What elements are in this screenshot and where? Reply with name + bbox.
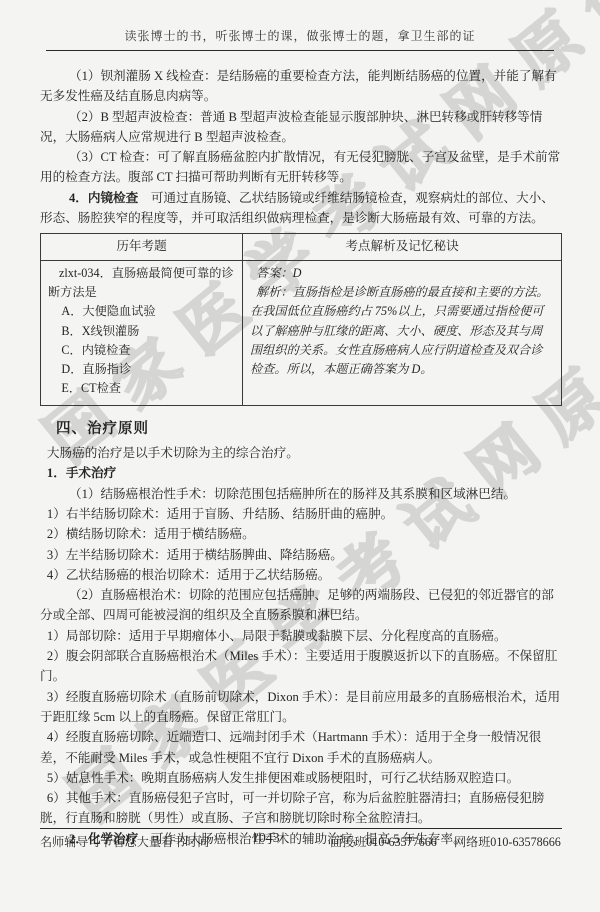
paragraph-barium-enema: （1）钡剂灌肠 X 线检查：是结肠癌的重要检查方法，能判断结肠癌的位置，并能了解… — [40, 66, 562, 107]
other-surgery: 6）其他手术：直肠癌侵犯子宫时，可一并切除子宫，称为后盆腔脏器清扫；直肠癌侵犯膀… — [40, 788, 562, 829]
miles-operation: 2）腹会阴部联合直肠癌根治术（Miles 手术）：主要适用于腹膜返折以下的直肠癌… — [40, 646, 562, 687]
col-header-past-questions: 历年考题 — [41, 234, 243, 260]
option-c: C．内镜检查 — [48, 341, 235, 360]
palliative-surgery-text: 5）姑息性手术：晚期直肠癌病人发生排便困难或肠梗阻时，可行乙状结肠双腔造口。 — [47, 771, 519, 785]
right-hemicolectomy: 1）右半结肠切除术：适用于盲肠、升结肠、结肠肝曲的癌肿。 — [40, 504, 562, 524]
footer-slogan: 名师辅导可节省您大量看书时间 — [40, 833, 209, 850]
exam-table: 历年考题 考点解析及记忆秘诀 zlxt-034．直肠癌最简便可靠的诊断方法是 A… — [40, 233, 562, 405]
footer-row: 名师辅导可节省您大量看书时间 1043 面授班010-63577666 网络班0… — [40, 829, 562, 851]
palliative-surgery: 5）姑息性手术：晚期直肠癌病人发生排便困难或肠梗阻时，可行乙状结肠双腔造口。 — [40, 768, 562, 788]
transverse-colectomy-text: 2）横结肠切除术：适用于横结肠癌。 — [47, 527, 255, 541]
endoscopy-heading: 4．内镜检查 — [69, 191, 151, 205]
hartmann-operation-text: 4）经腹直肠癌切除、近端造口、远端封闭手术（Hartmann 手术）：适用于全身… — [40, 730, 541, 764]
answer-cell: 答案：D 解析：直肠指检是诊断直肠癌的最直接和主要的方法。在我国低位直肠癌约占 … — [243, 260, 562, 405]
rectal-radical-surgery: （2）直肠癌根治术：切除的范围应包括癌肿、足够的两端肠段、已侵犯的邻近器官的部分… — [40, 585, 562, 626]
page-number: 1043 — [252, 830, 280, 846]
paragraph-endoscopy: 4．内镜检查 可通过直肠镜、乙状结肠镜或纤维结肠镜检查，观察病灶的部位、大小、形… — [40, 188, 562, 229]
content: （1）钡剂灌肠 X 线检查：是结肠癌的重要检查方法，能判断结肠癌的位置，并能了解… — [40, 66, 562, 849]
header-slogan: 读张博士的书，听张博士的课，做张博士的题，拿卫生部的证 — [46, 0, 554, 51]
local-excision-text: 1）局部切除：适用于早期瘤体小、局限于黏膜或黏膜下层、分化程度高的直肠癌。 — [47, 629, 507, 643]
table-header-row: 历年考题 考点解析及记忆秘诀 — [41, 234, 562, 260]
miles-operation-text: 2）腹会阴部联合直肠癌根治术（Miles 手术）：主要适用于腹膜返折以下的直肠癌… — [40, 649, 557, 683]
sigmoid-resection-text: 4）乙状结肠癌的根治切除术：适用于乙状结肠癌。 — [47, 568, 330, 582]
hartmann-operation: 4）经腹直肠癌切除、近端造口、远端封闭手术（Hartmann 手术）：适用于全身… — [40, 727, 562, 768]
other-surgery-text: 6）其他手术：直肠癌侵犯子宫时，可一并切除子宫，称为后盆腔脏器清扫；直肠癌侵犯膀… — [40, 791, 544, 825]
option-b: B．X线钡灌肠 — [48, 322, 235, 341]
page: 读张博士的书，听张博士的课，做张博士的题，拿卫生部的证 （1）钡剂灌肠 X 线检… — [0, 0, 600, 849]
rectal-radical-text: （2）直肠癌根治术：切除的范围应包括癌肿、足够的两端肠段、已侵犯的邻近器官的部分… — [40, 588, 554, 622]
footer: 名师辅导可节省您大量看书时间 1043 面授班010-63577666 网络班0… — [40, 828, 562, 851]
table-body-row: zlxt-034．直肠癌最简便可靠的诊断方法是 A．大便隐血试验 B．X线钡灌肠… — [41, 260, 562, 405]
surgery-heading-text: 1．手术治疗 — [47, 466, 116, 480]
answer-line: 答案：D — [250, 264, 554, 283]
surgery-heading: 1．手术治疗 — [40, 463, 562, 483]
phone-onsite-class: 面授班010-63577666 — [330, 833, 437, 850]
transverse-colectomy: 2）横结肠切除术：适用于横结肠癌。 — [40, 524, 562, 544]
left-hemicolectomy-text: 3）左半结肠切除术：适用于横结肠脾曲、降结肠癌。 — [47, 548, 343, 562]
analysis-text: 解析：直肠指检是诊断直肠癌的最直接和主要的方法。在我国低位直肠癌约占 75%以上… — [250, 283, 554, 379]
local-excision: 1）局部切除：适用于早期瘤体小、局限于黏膜或黏膜下层、分化程度高的直肠癌。 — [40, 626, 562, 646]
sigmoid-resection: 4）乙状结肠癌的根治切除术：适用于乙状结肠癌。 — [40, 565, 562, 585]
paragraph-ct: （3）CT 检查：可了解直肠癌盆腔内扩散情况，有无侵犯膀胱、子宫及盆壁，是手术前… — [40, 147, 562, 188]
option-d: D．直肠指诊 — [48, 360, 235, 379]
left-hemicolectomy: 3）左半结肠切除术：适用于横结肠脾曲、降结肠癌。 — [40, 545, 562, 565]
section-title-treatment: 四、治疗原则 — [56, 419, 562, 439]
treatment-intro-text: 大肠癌的治疗是以手术切除为主的综合治疗。 — [47, 446, 299, 460]
col-header-analysis: 考点解析及记忆秘诀 — [243, 234, 562, 260]
colon-radical-text: （1）结肠癌根治性手术：切除范围包括癌肿所在的肠袢及其系膜和区域淋巴结。 — [69, 487, 516, 501]
question-cell: zlxt-034．直肠癌最简便可靠的诊断方法是 A．大便隐血试验 B．X线钡灌肠… — [41, 260, 243, 405]
question-id-line: zlxt-034．直肠癌最简便可靠的诊断方法是 — [48, 264, 235, 303]
colon-radical-surgery: （1）结肠癌根治性手术：切除范围包括癌肿所在的肠袢及其系膜和区域淋巴结。 — [40, 484, 562, 504]
option-a: A．大便隐血试验 — [48, 302, 235, 321]
right-hemicolectomy-text: 1）右半结肠切除术：适用于盲肠、升结肠、结肠肝曲的癌肿。 — [47, 507, 393, 521]
dixon-operation: 3）经腹直肠癌切除术（直肠前切除术，Dixon 手术）：是目前应用最多的直肠癌根… — [40, 687, 562, 728]
paragraph-ultrasound: （2）B 型超声波检查：普通 B 型超声波检查能显示腹部肿块、淋巴转移或肝转移等… — [40, 107, 562, 148]
phone-online-class: 网络班010-63578666 — [454, 833, 561, 850]
treatment-intro: 大肠癌的治疗是以手术切除为主的综合治疗。 — [40, 443, 562, 463]
option-e: E．CT检查 — [48, 379, 235, 398]
dixon-operation-text: 3）经腹直肠癌切除术（直肠前切除术，Dixon 手术）：是目前应用最多的直肠癌根… — [40, 690, 560, 724]
